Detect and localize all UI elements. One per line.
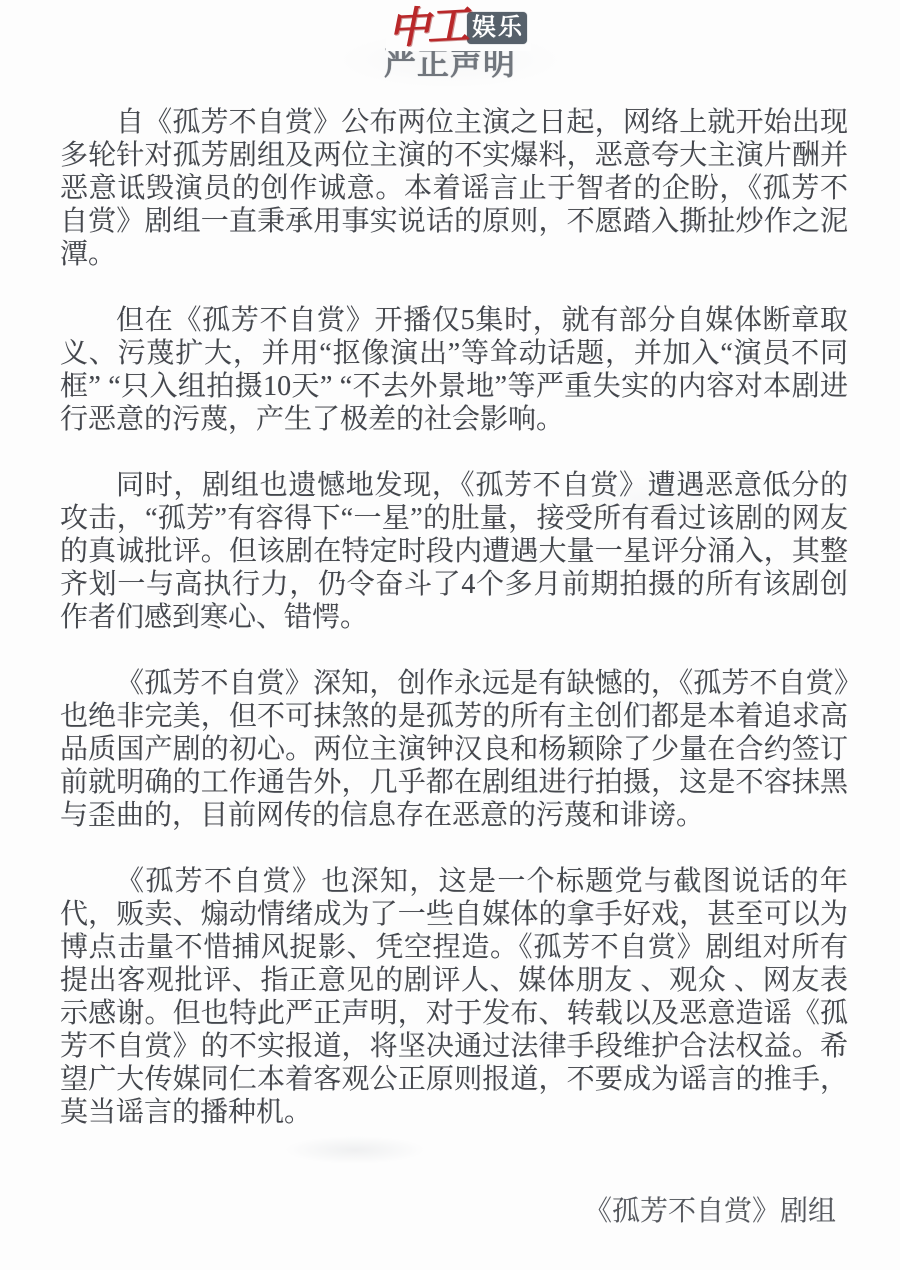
- logo-brand-calligraphy: 中工: [387, 5, 471, 51]
- statement-paragraph-5: 《孤芳不自赏》也深知，这是一个标题党与截图说话的年代，贩卖、煽动情绪成为了一些自…: [60, 865, 848, 1129]
- statement-signature: 《孤芳不自赏》剧组: [60, 1195, 848, 1228]
- statement-paragraph-3: 同时，剧组也遗憾地发现，《孤芳不自赏》遭遇恶意低分的攻击，“孤芳”有容得下“一星…: [60, 469, 848, 634]
- statement-body: 自《孤芳不自赏》公布两位主演之日起，网络上就开始出现多轮针对孤芳剧组及两位主演的…: [0, 106, 900, 1228]
- statement-document-page: 严正声明 中工 娱乐 自《孤芳不自赏》公布两位主演之日起，网络上就开始出现多轮针…: [0, 0, 900, 1270]
- zhonggong-entertainment-logo: 中工 娱乐: [386, 5, 531, 51]
- statement-paragraph-2: 但在《孤芳不自赏》开播仅5集时，就有部分自媒体断章取义、污蔑扩大，并用“抠像演出…: [60, 304, 848, 436]
- logo-entertainment-badge: 娱乐: [467, 12, 527, 44]
- statement-paragraph-1: 自《孤芳不自赏》公布两位主演之日起，网络上就开始出现多轮针对孤芳剧组及两位主演的…: [60, 106, 848, 271]
- document-header: 严正声明 中工 娱乐: [0, 0, 900, 106]
- statement-paragraph-4: 《孤芳不自赏》深知，创作永远是有缺憾的，《孤芳不自赏》也绝非完美，但不可抹煞的是…: [60, 667, 848, 832]
